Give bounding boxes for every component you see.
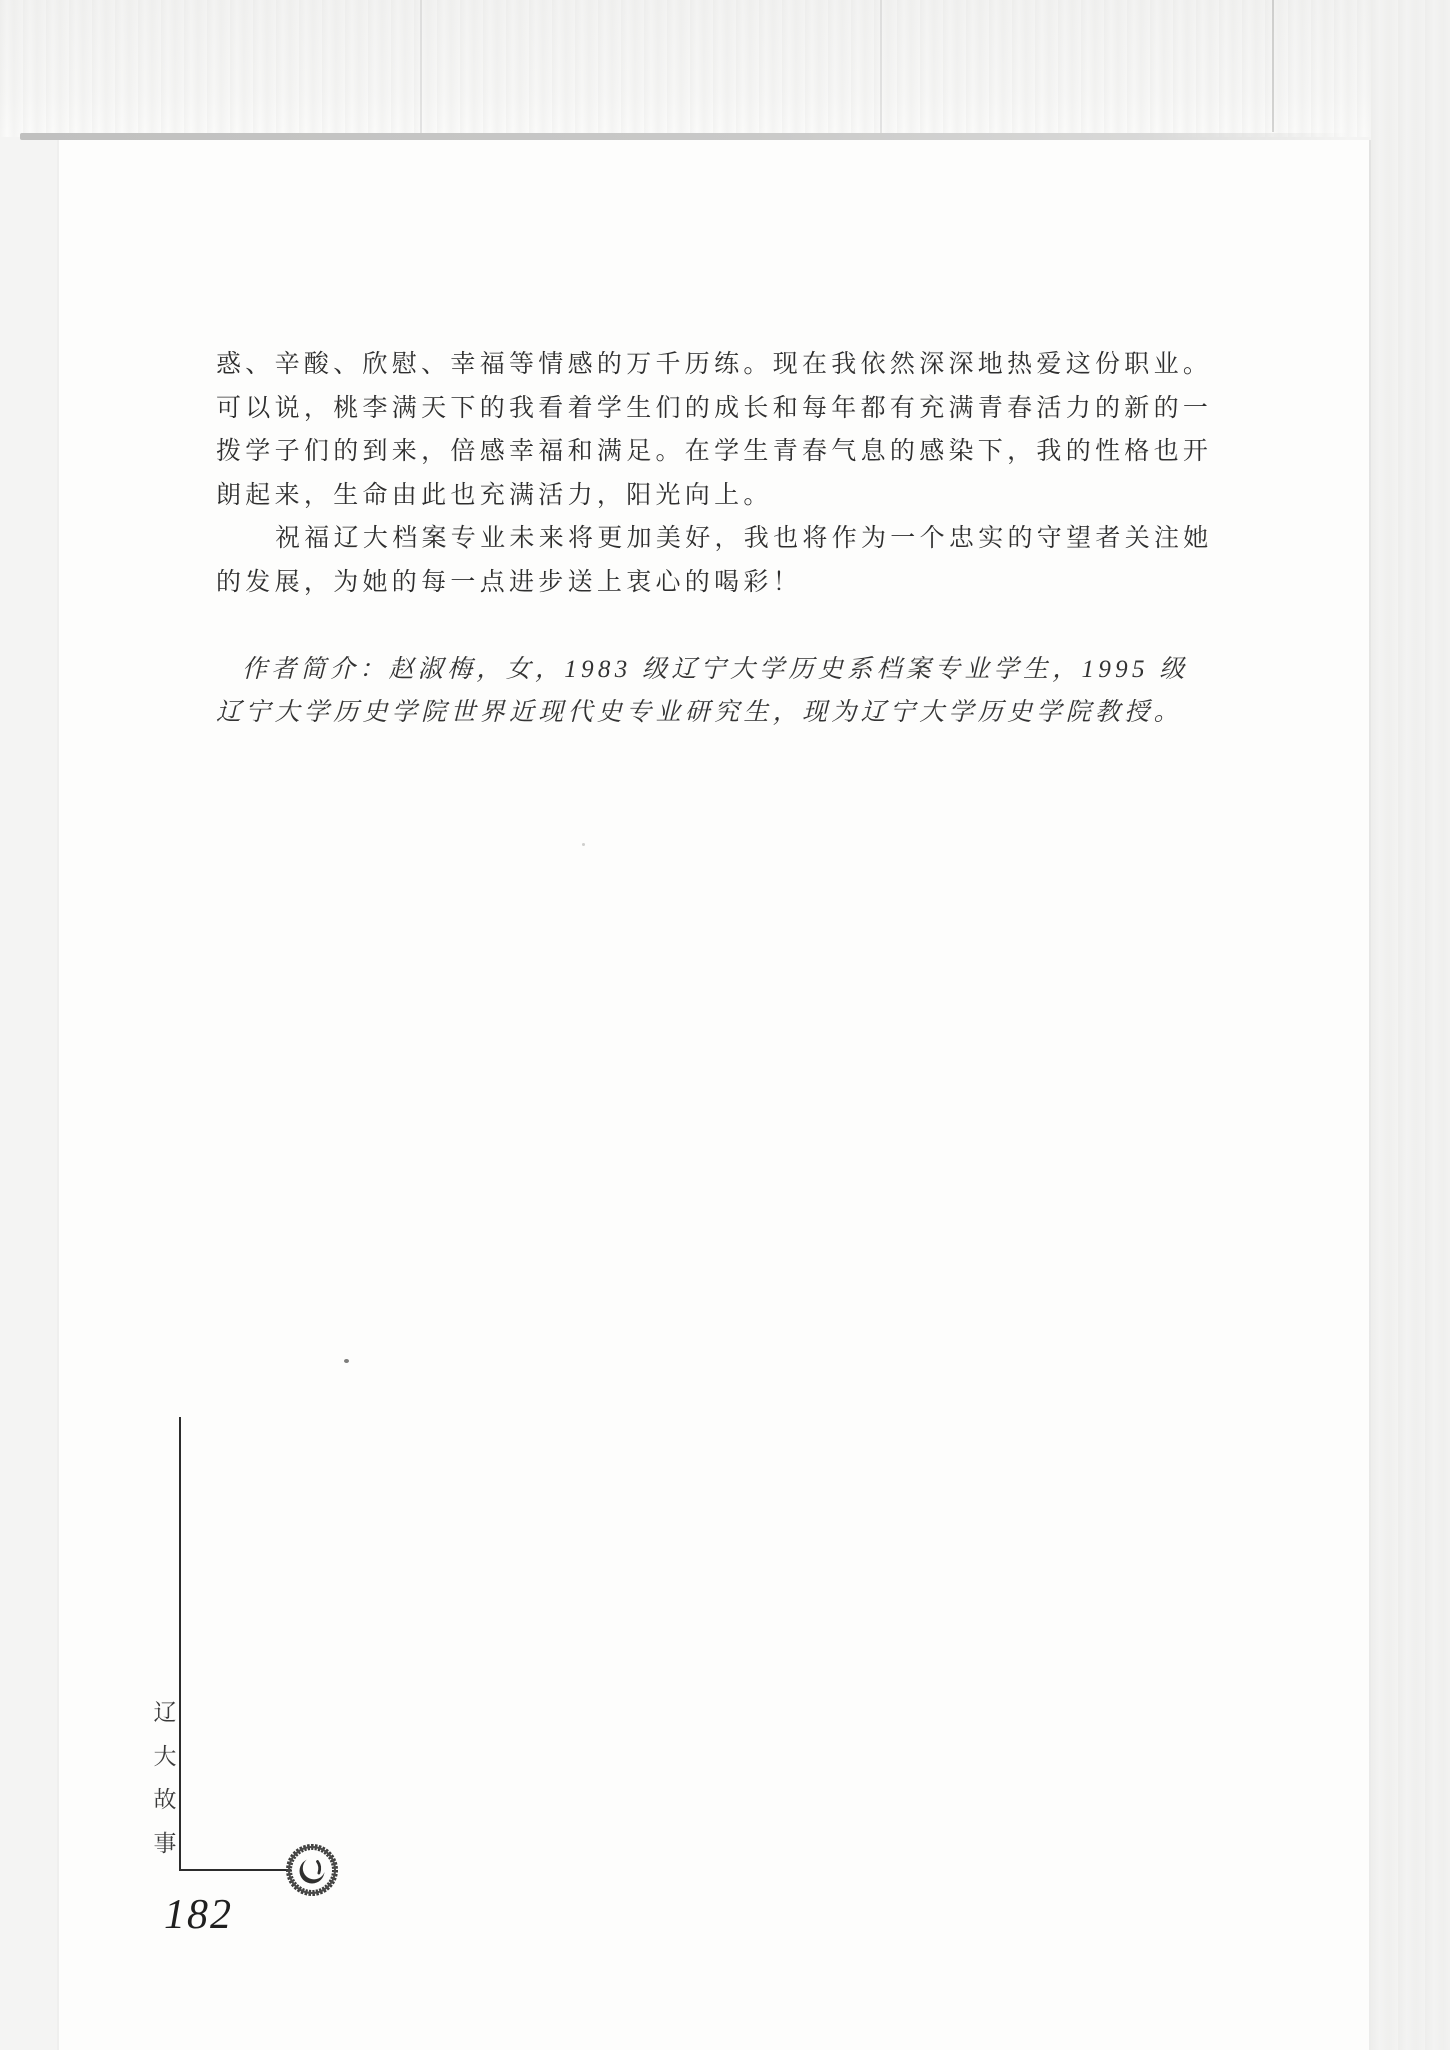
body-text-line: 朗起来，生命由此也充满活力，阳光向上。 <box>216 474 1220 518</box>
page-left-edge <box>57 140 59 2050</box>
body-text-line: 拨学子们的到来，倍感幸福和满足。在学生青春气息的感染下，我的性格也开 <box>216 430 1220 474</box>
author-bio-line: 辽宁大学历史学院世界近现代史专业研究生，现为辽宁大学历史学院教授。 <box>216 691 1220 735</box>
author-bio-line: 作者简介：赵淑梅，女，1983 级辽宁大学历史系档案专业学生，1995 级 <box>216 648 1220 692</box>
body-text-line: 祝福辽大档案专业未来将更加美好，我也将作为一个忠实的守望者关注她 <box>216 517 1220 561</box>
series-title-char: 事 <box>154 1832 177 1855</box>
author-bio: 作者简介：赵淑梅，女，1983 级辽宁大学历史系档案专业学生，1995 级 辽宁… <box>216 648 1220 735</box>
paragraph-closing: 祝福辽大档案专业未来将更加美好，我也将作为一个忠实的守望者关注她 的发展，为她的… <box>216 517 1220 604</box>
series-title-char: 大 <box>154 1745 177 1768</box>
body-text-line: 的发展，为她的每一点进步送上衷心的喝彩！ <box>216 561 1220 605</box>
page-number: 182 <box>164 1891 233 1939</box>
body-text-block: 惑、辛酸、欣慰、幸福等情感的万千历练。现在我依然深深地热爱这份职业。 可以说，桃… <box>216 343 1220 735</box>
series-title-char: 辽 <box>154 1701 177 1724</box>
scan-streak <box>880 0 882 137</box>
body-text-line: 惑、辛酸、欣慰、幸福等情感的万千历练。现在我依然深深地热爱这份职业。 <box>216 343 1220 387</box>
series-title-vertical: 辽 大 故 事 <box>151 1701 179 1855</box>
scanned-book-page: 惑、辛酸、欣慰、幸福等情感的万千历练。现在我依然深深地热爱这份职业。 可以说，桃… <box>0 0 1450 2050</box>
paragraph-continuation: 惑、辛酸、欣慰、幸福等情感的万千历练。现在我依然深深地热爱这份职业。 可以说，桃… <box>216 343 1220 517</box>
sidebar-vertical-rule <box>179 1417 181 1871</box>
scan-texture-top <box>0 0 1450 137</box>
scan-streak <box>1272 0 1274 132</box>
scan-speck <box>582 843 585 846</box>
sidebar-horizontal-rule <box>179 1869 291 1871</box>
body-text-line: 可以说，桃李满天下的我看着学生们的成长和每年都有充满青春活力的新的一 <box>216 387 1220 431</box>
scan-streak <box>420 0 422 137</box>
series-title-char: 故 <box>154 1788 177 1811</box>
scan-speck <box>344 1359 349 1363</box>
publisher-seal-logo-icon <box>284 1842 340 1898</box>
page-right-edge <box>1369 140 1371 2050</box>
scan-texture-right <box>1371 0 1450 2050</box>
page-top-edge-shadow <box>20 133 1350 140</box>
